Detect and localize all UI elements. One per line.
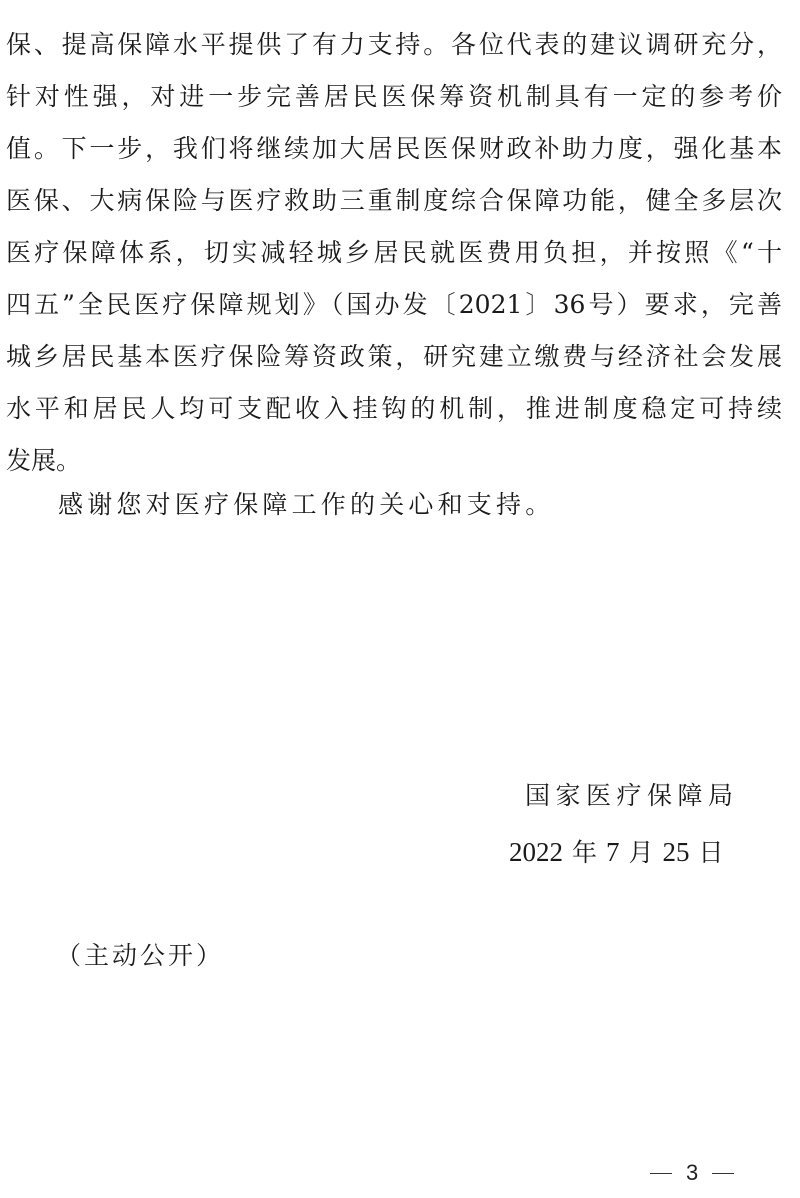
closing-remark: 感谢您对医疗保障工作的关心和支持。 bbox=[58, 490, 554, 520]
body-line-6: 四五”全民医疗保障规划》（国办发〔2021〕36号）要求，完善 bbox=[6, 290, 782, 320]
issue-date: 2022年7月25日 bbox=[509, 837, 733, 868]
body-line-2: 针对性强，对进一步完善居民医保筹资机制具有一定的参考价 bbox=[6, 82, 782, 112]
date-year: 2022 bbox=[509, 837, 563, 867]
body-line-3: 值。下一步，我们将继续加大居民医保财政补助力度，强化基本 bbox=[6, 134, 782, 164]
body-line-4: 医保、大病保险与医疗救助三重制度综合保障功能，健全多层次 bbox=[6, 186, 782, 216]
disclosure-note: （主动公开） bbox=[56, 941, 224, 971]
date-year-char: 年 bbox=[572, 838, 597, 867]
body-line-5: 医疗保障体系，切实减轻城乡居民就医费用负担，并按照《“十 bbox=[6, 238, 782, 268]
date-month: 7 bbox=[606, 837, 620, 867]
page-number-right-dash bbox=[712, 1173, 734, 1174]
body-line-1: 保、提高保障水平提供了有力支持。各位代表的建议调研充分， bbox=[6, 30, 782, 60]
page-number-value: 3 bbox=[686, 1160, 698, 1186]
body-line-9: 发展。 bbox=[6, 446, 81, 476]
date-month-char: 月 bbox=[629, 838, 654, 867]
page-number: 3 bbox=[650, 1160, 734, 1186]
date-day: 25 bbox=[663, 837, 690, 867]
date-day-char: 日 bbox=[699, 838, 724, 867]
document-page: 保、提高保障水平提供了有力支持。各位代表的建议调研充分， 针对性强，对进一步完善… bbox=[0, 0, 800, 1198]
page-number-left-dash bbox=[650, 1173, 672, 1174]
body-line-8: 水平和居民人均可支配收入挂钩的机制，推进制度稳定可持续 bbox=[6, 394, 782, 424]
issuing-organization: 国家医疗保障局 bbox=[525, 781, 739, 811]
body-line-7: 城乡居民基本医疗保险筹资政策，研究建立缴费与经济社会发展 bbox=[6, 342, 782, 372]
